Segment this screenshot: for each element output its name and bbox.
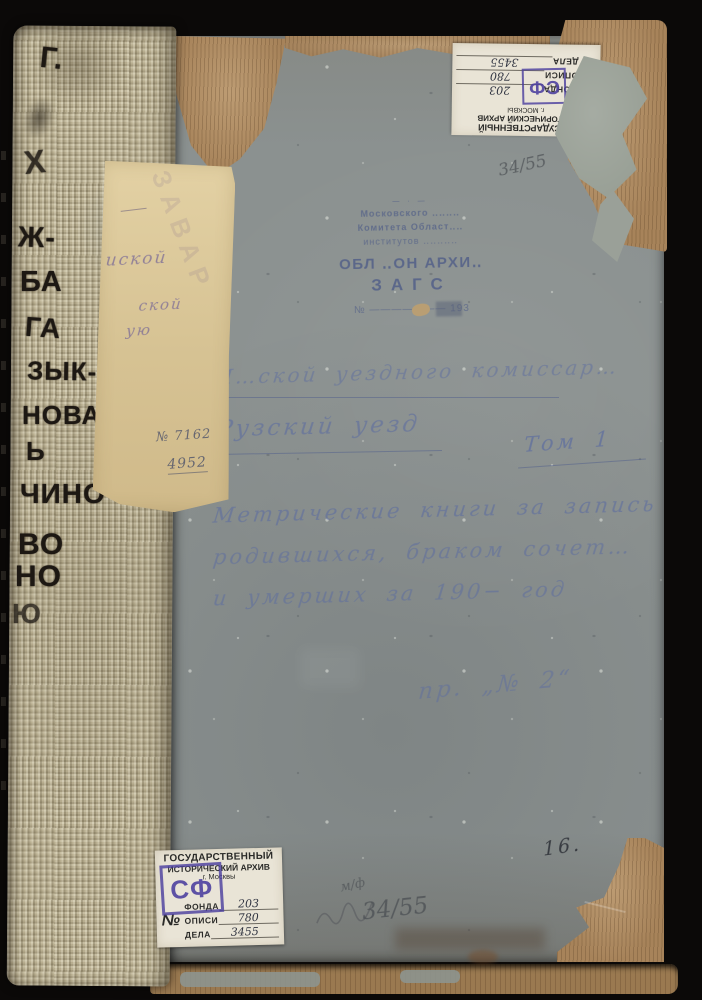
spine-paper-label: ЗАВАР иской ской ую № 7162 4952 xyxy=(92,161,235,514)
spine-lettering: Х xyxy=(22,145,48,179)
fond-value: 203 xyxy=(219,897,279,911)
stain xyxy=(468,950,498,964)
stain xyxy=(395,928,545,950)
delo-label: ДЕЛА xyxy=(185,929,211,940)
stamp-line: институтов ‥‥‥‥‥ xyxy=(325,235,497,249)
label-script-line: ую xyxy=(125,321,153,340)
scuff xyxy=(300,648,360,688)
spine-lettering: ЧИНО xyxy=(20,480,106,508)
label-script-line: ской xyxy=(138,295,184,315)
book-bottom-edge xyxy=(150,964,678,994)
label-number: 4952 xyxy=(167,454,208,475)
stamp-line: Московского ‥‥‥‥ xyxy=(324,207,496,221)
paper-remnant xyxy=(180,972,320,987)
spine-lettering: Ь xyxy=(26,438,46,464)
spine-lettering: ЗЫК- xyxy=(27,357,98,384)
delo-value: 3455 xyxy=(456,55,552,68)
spine-lettering: НО xyxy=(15,562,62,592)
opis-label: ОПИСИ xyxy=(184,915,218,926)
delo-row: ДЕЛА 3455 xyxy=(185,925,279,939)
paper-remnant xyxy=(400,970,460,983)
archive-label-bottom: ГОСУДАРСТВЕННЫЙ ИСТОРИЧЕСКИЙ АРХИВ г. Мо… xyxy=(155,847,284,947)
ink-blob xyxy=(436,301,462,316)
cf-monogram-stamp: СФ xyxy=(159,862,224,916)
handwriting-district: Рузский уезд xyxy=(216,411,422,442)
zags-ink-stamp: — · — Московского ‥‥‥‥ Комитета Област‥‥… xyxy=(324,197,498,317)
pen-dash xyxy=(121,208,147,212)
opis-row: ОПИСИ 780 xyxy=(184,911,278,925)
spine-lettering: ГА xyxy=(24,313,62,343)
archival-book-photo: Г. Х Ж- БА ГА ЗЫК- НОВА Ь ЧИНО ВО НО Ю З… xyxy=(0,0,702,1000)
label-script-line: иской xyxy=(105,248,169,271)
spine-lettering: ВО xyxy=(18,530,64,560)
torn-board-patch-top-left xyxy=(169,36,291,176)
delo-label: ДЕЛА xyxy=(553,56,579,66)
stamp-line: Комитета Област‥‥ xyxy=(324,221,496,235)
delo-row: ДЕЛА 3455 xyxy=(456,55,578,69)
stamp-line-zags: ЗАГС xyxy=(325,273,497,296)
spine-lettering: Ж- xyxy=(18,223,57,253)
cf-monogram-stamp: СФ xyxy=(522,68,567,105)
delo-value: 3455 xyxy=(211,925,279,939)
spine-lettering: НОВА xyxy=(22,402,101,428)
spine-lettering: Г. xyxy=(38,43,65,75)
spine-lettering: Ю xyxy=(12,600,42,628)
backdrop-stitches xyxy=(1,150,6,790)
handwriting-underline xyxy=(214,397,559,398)
label-number: № 7162 xyxy=(155,427,211,446)
stamp-line-obl-arhiv: ОБЛ ‥ОН АРХИ‥ xyxy=(325,252,497,273)
spine-lettering: БА xyxy=(20,268,63,297)
opis-value: 780 xyxy=(218,911,279,925)
ghost-stamp-text: ЗАВАР xyxy=(145,166,220,297)
